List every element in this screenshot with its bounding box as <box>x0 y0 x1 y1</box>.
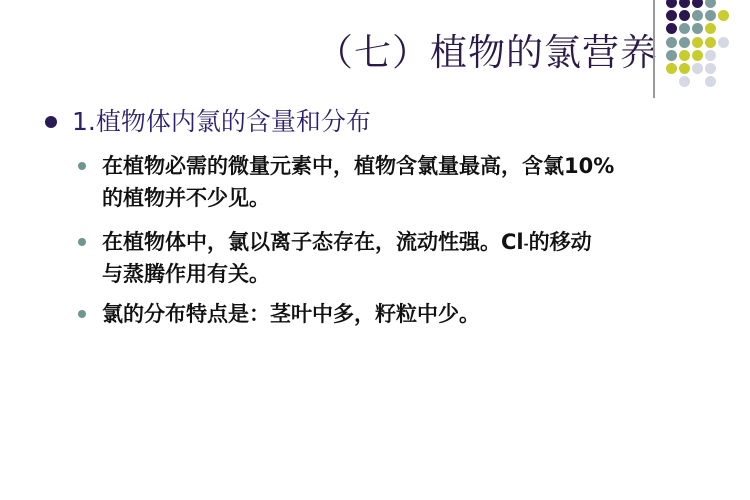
level2-text: 在植物体中，氯以离子态存在，流动性强。Cl-的移动 与蒸腾作用有关。 <box>102 226 592 290</box>
decorative-dot <box>679 23 690 34</box>
decorative-dot <box>705 63 716 74</box>
decorative-dot <box>692 10 703 21</box>
bullet-icon <box>78 310 86 318</box>
decorative-dot <box>666 63 677 74</box>
bullet-icon <box>45 116 57 128</box>
decorative-dot <box>679 50 690 61</box>
decorative-dot <box>705 50 716 61</box>
decorative-dot <box>679 0 690 8</box>
superscript: - <box>524 237 529 251</box>
decorative-dot <box>692 50 703 61</box>
decorative-dot <box>679 76 690 87</box>
text-part: 在植物体中，氯以离子态存在，流动性强。Cl <box>102 230 524 254</box>
decorative-dot <box>705 10 716 21</box>
decorative-dot <box>666 10 677 21</box>
decorative-dot <box>692 63 703 74</box>
decorative-dot <box>666 50 677 61</box>
level2-bullet-item-3: 氯的分布特点是：茎叶中多，籽粒中少。 <box>78 298 718 330</box>
level2-text: 氯的分布特点是：茎叶中多，籽粒中少。 <box>102 298 480 330</box>
decorative-dot <box>692 23 703 34</box>
divider-line <box>653 0 655 98</box>
decorative-dot <box>679 63 690 74</box>
decorative-dot <box>692 37 703 48</box>
decorative-dot <box>666 37 677 48</box>
slide-title: （七）植物的氯营养 <box>316 28 658 78</box>
decorative-dot <box>718 10 729 21</box>
decorative-dot <box>666 0 677 8</box>
level2-bullet-item-1: 在植物必需的微量元素中，植物含氯量最高，含氯10% 的植物并不少见。 <box>78 150 718 214</box>
decorative-dot <box>705 23 716 34</box>
decorative-dot <box>692 0 703 8</box>
bullet-icon <box>78 238 86 246</box>
bullet-icon <box>78 162 86 170</box>
decorative-dot <box>718 37 729 48</box>
level1-text: 1.植物体内氯的含量和分布 <box>72 104 371 140</box>
level1-bullet-item: 1.植物体内氯的含量和分布 <box>45 104 371 140</box>
slide: （七）植物的氯营养 1.植物体内氯的含量和分布 在植物必需的微量元素中，植物含氯… <box>0 0 750 500</box>
decorative-dot <box>705 76 716 87</box>
decorative-dot <box>666 23 677 34</box>
decorative-dot <box>705 37 716 48</box>
decorative-dot <box>705 0 716 8</box>
level2-text: 在植物必需的微量元素中，植物含氯量最高，含氯10% 的植物并不少见。 <box>102 150 614 214</box>
decorative-dot <box>679 10 690 21</box>
level2-bullet-item-2: 在植物体中，氯以离子态存在，流动性强。Cl-的移动 与蒸腾作用有关。 <box>78 226 718 290</box>
decorative-dot <box>679 37 690 48</box>
